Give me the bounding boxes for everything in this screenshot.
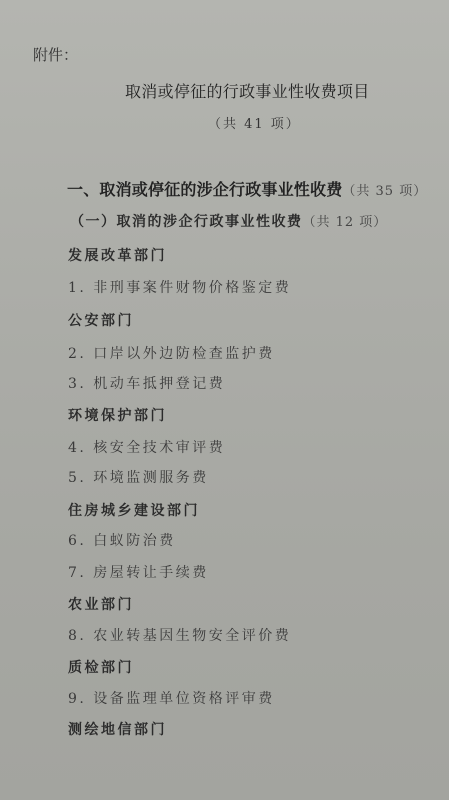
fee-item: 6. 白蚁防治费	[68, 530, 176, 550]
department-heading: 测绘地信部门	[68, 719, 167, 739]
fee-item: 8. 农业转基因生物安全评价费	[68, 625, 291, 645]
document-subtitle: （共 41 项）	[208, 113, 301, 132]
subsection-heading: （一）取消的涉企行政事业性收费（共 12 项）	[70, 211, 387, 231]
department-heading: 公安部门	[68, 310, 134, 330]
department-heading: 质检部门	[68, 657, 134, 677]
fee-item: 9. 设备监理单位资格评审费	[68, 688, 275, 708]
fee-item: 4. 核安全技术审评费	[68, 437, 225, 457]
fee-item: 2. 口岸以外边防检查监护费	[68, 343, 275, 363]
document-title: 取消或停征的行政事业性收费项目	[125, 79, 370, 102]
fee-item: 3. 机动车抵押登记费	[68, 373, 225, 393]
section-count: （共 35 项）	[342, 184, 427, 199]
subsection-heading-text: （一）取消的涉企行政事业性收费	[70, 214, 303, 230]
document-page: 附件： 取消或停征的行政事业性收费项目 （共 41 项） 一、取消或停征的涉企行…	[0, 0, 449, 800]
section-heading-text: 一、取消或停征的涉企行政事业性收费	[67, 180, 342, 199]
department-heading: 发展改革部门	[68, 245, 167, 265]
fee-item: 1. 非刑事案件财物价格鉴定费	[68, 277, 291, 297]
department-heading: 农业部门	[68, 594, 134, 614]
department-heading: 住房城乡建设部门	[68, 500, 200, 520]
section-heading: 一、取消或停征的涉企行政事业性收费（共 35 项）	[67, 177, 427, 200]
fee-item: 5. 环境监测服务费	[68, 467, 209, 487]
department-heading: 环境保护部门	[68, 405, 167, 425]
subsection-count: （共 12 项）	[303, 215, 388, 230]
fee-item: 7. 房屋转让手续费	[68, 562, 209, 582]
attachment-label: 附件：	[33, 44, 78, 65]
